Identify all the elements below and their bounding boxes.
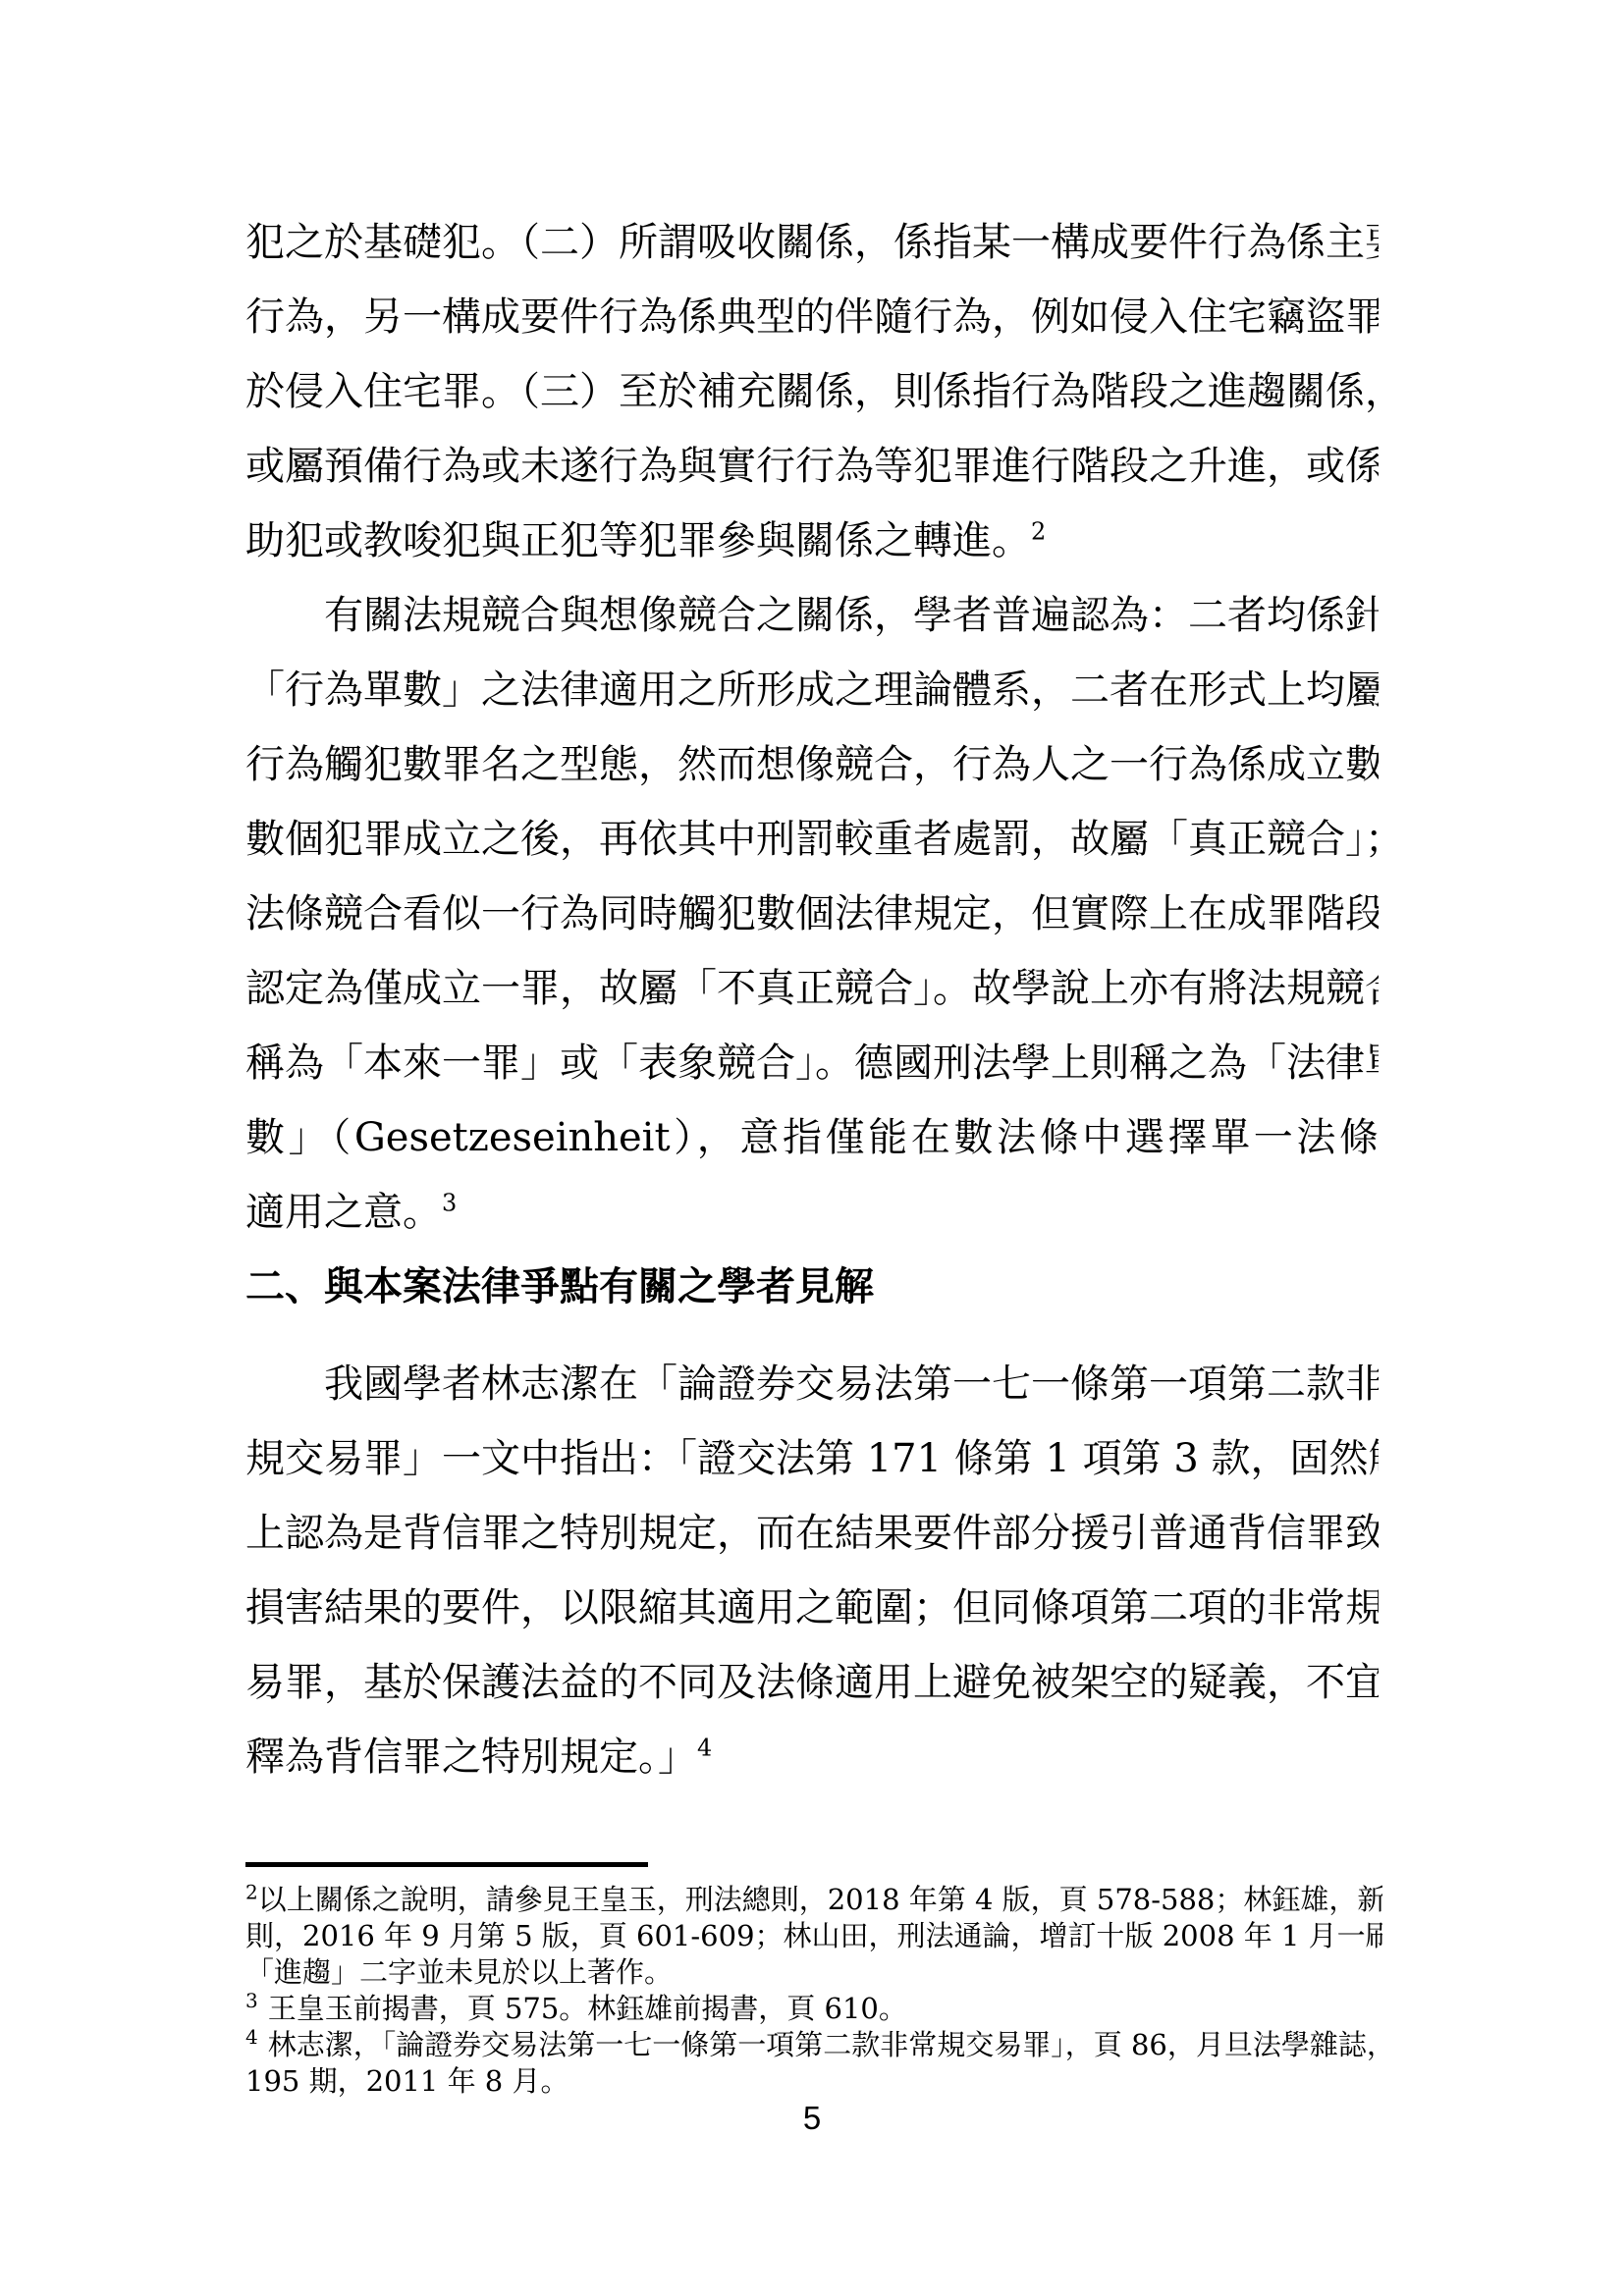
text-line: 行為，另一構成要件行為係典型的伴隨行為，例如侵入住宅竊盜罪之 — [245, 280, 1379, 354]
text-line: 數個犯罪成立之後，再依其中刑罰較重者處罰，故屬「真正競合」； — [245, 802, 1379, 877]
text-line: 或屬預備行為或未遂行為與實行行為等犯罪進行階段之升進，或係幫 — [245, 429, 1379, 504]
text-run: 王皇玉前揭書，頁 575。林鈺雄前揭書，頁 610。 — [268, 1992, 907, 2025]
footnotes: 2以上關係之說明，請參見王皇玉，刑法總則，2018 年第 4 版，頁 578-5… — [245, 1882, 1382, 2100]
text-line: 損害結果的要件，以限縮其適用之範圍；但同條項第二項的非常規交 — [245, 1571, 1379, 1645]
footnote-marker: 3 — [245, 1991, 258, 2012]
footnote-marker: 2 — [245, 1882, 258, 1903]
body-text: 犯之於基礎犯。（二）所謂吸收關係，係指某一構成要件行為係主要 行為，另一構成要件… — [245, 205, 1379, 1250]
text-line: 適用之意。3 — [245, 1175, 1379, 1250]
footnote-ref-3: 3 — [442, 1190, 457, 1217]
page-number: 5 — [0, 2099, 1624, 2138]
footnote-4: 4林志潔，「論證券交易法第一七一條第一項第二款非常規交易罪」，頁 86，月旦法學… — [245, 2027, 1382, 2100]
footnote-line: 「進趨」二字並未見於以上著作。 — [245, 1954, 1382, 1991]
footnote-line: 2以上關係之說明，請參見王皇玉，刑法總則，2018 年第 4 版，頁 578-5… — [245, 1882, 1382, 1918]
text-line: 我國學者林志潔在「論證券交易法第一七一條第一項第二款非常 — [245, 1347, 1379, 1421]
document-page: 犯之於基礎犯。（二）所謂吸收關係，係指某一構成要件行為係主要 行為，另一構成要件… — [0, 0, 1624, 2296]
section-heading: 二、與本案法律爭點有關之學者見解 — [245, 1250, 1379, 1324]
text-line: 助犯或教唆犯與正犯等犯罪參與關係之轉進。2 — [245, 504, 1379, 578]
footnote-line: 195 期，2011 年 8 月。 — [245, 2063, 1382, 2100]
text-run: 以上關係之說明，請參見王皇玉，刑法總則，2018 年第 4 版，頁 578-58… — [258, 1883, 1382, 1916]
text-run: 適用之意。 — [245, 1190, 442, 1235]
text-line: 規交易罪」一文中指出：「證交法第 171 條第 1 項第 3 款，固然解釋 — [245, 1421, 1379, 1496]
footnote-marker: 4 — [245, 2027, 258, 2049]
paragraph-2: 有關法規競合與想像競合之關係，學者普遍認為：二者均係針對 「行為單數」之法律適用… — [245, 578, 1379, 1250]
text-line: 犯之於基礎犯。（二）所謂吸收關係，係指某一構成要件行為係主要 — [245, 205, 1379, 280]
footnote-3: 3王皇玉前揭書，頁 575。林鈺雄前揭書，頁 610。 — [245, 1991, 1382, 2027]
footnote-line: 4林志潔，「論證券交易法第一七一條第一項第二款非常規交易罪」，頁 86，月旦法學… — [245, 2027, 1382, 2063]
paragraph-3: 我國學者林志潔在「論證券交易法第一七一條第一項第二款非常 規交易罪」一文中指出：… — [245, 1347, 1379, 1794]
text-line: 釋為背信罪之特別規定。」4 — [245, 1720, 1379, 1794]
text-line: 上認為是背信罪之特別規定，而在結果要件部分援引普通背信罪致生 — [245, 1496, 1379, 1571]
footnote-line: 則，2016 年 9 月第 5 版，頁 601-609；林山田，刑法通論，增訂十… — [245, 1918, 1382, 1954]
text-line: 稱為「本來一罪」或「表象競合」。德國刑法學上則稱之為「法律單 — [245, 1026, 1379, 1100]
text-run: 林志潔，「論證券交易法第一七一條第一項第二款非常規交易罪」，頁 86，月旦法學雜… — [268, 2028, 1382, 2061]
text-run: 釋為背信罪之特別規定。」 — [245, 1735, 697, 1780]
text-line: 易罪，基於保護法益的不同及法條適用上避免被架空的疑義，不宜解 — [245, 1645, 1379, 1720]
text-line: 行為觸犯數罪名之型態，然而想像競合，行為人之一行為係成立數罪， — [245, 727, 1379, 802]
paragraph-1: 犯之於基礎犯。（二）所謂吸收關係，係指某一構成要件行為係主要 行為，另一構成要件… — [245, 205, 1379, 578]
text-line: 有關法規競合與想像競合之關係，學者普遍認為：二者均係針對 — [245, 578, 1379, 653]
footnote-separator — [245, 1862, 648, 1867]
text-line: 法條競合看似一行為同時觸犯數個法律規定，但實際上在成罪階段即 — [245, 877, 1379, 951]
footnote-ref-2: 2 — [1031, 518, 1046, 546]
text-run: 助犯或教唆犯與正犯等犯罪參與關係之轉進。 — [245, 518, 1031, 563]
text-line: 「行為單數」之法律適用之所形成之理論體系，二者在形式上均屬一 — [245, 653, 1379, 727]
text-line: 數」（Gesetzeseinheit），意指僅能在數法條中選擇單一法條 — [245, 1100, 1379, 1175]
footnote-line: 3王皇玉前揭書，頁 575。林鈺雄前揭書，頁 610。 — [245, 1991, 1382, 2027]
text-line: 於侵入住宅罪。（三）至於補充關係，則係指行為階段之進趨關係， — [245, 354, 1379, 429]
text-line: 認定為僅成立一罪，故屬「不真正競合」。故學說上亦有將法規競合 — [245, 951, 1379, 1026]
footnote-ref-4: 4 — [697, 1735, 712, 1762]
footnote-2: 2以上關係之說明，請參見王皇玉，刑法總則，2018 年第 4 版，頁 578-5… — [245, 1882, 1382, 1991]
